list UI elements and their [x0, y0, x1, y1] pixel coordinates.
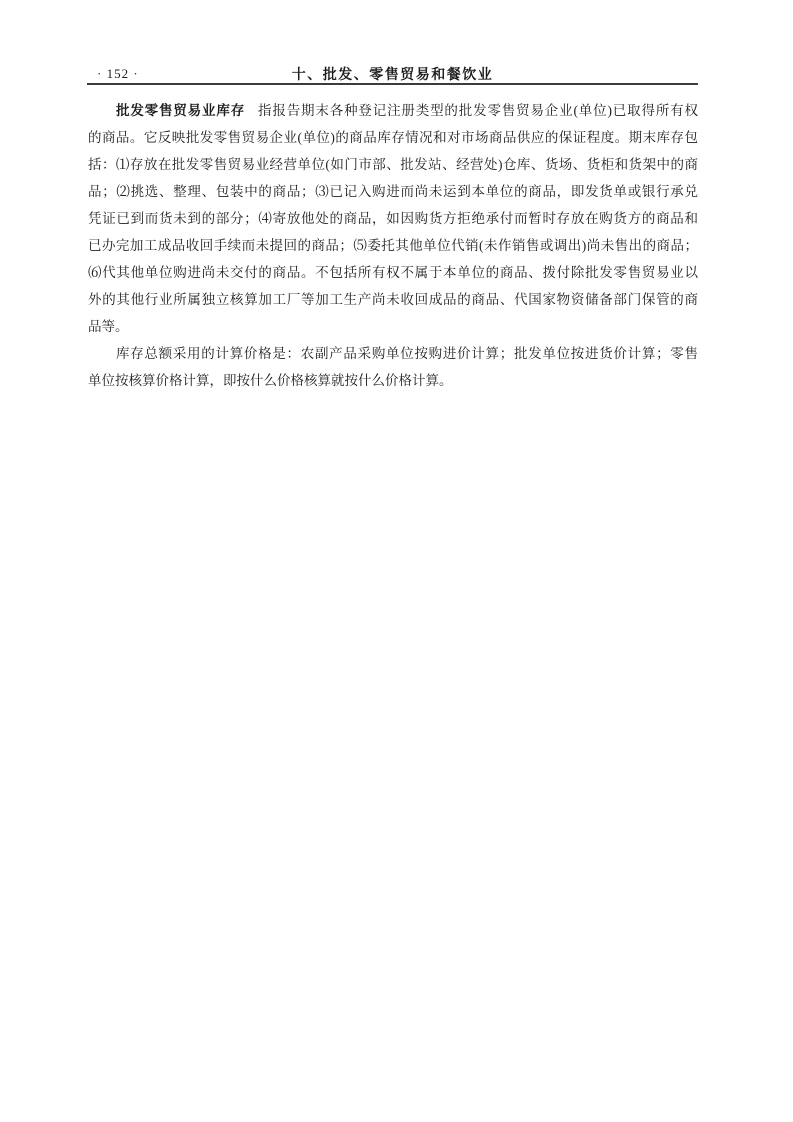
- section-title: 十、批发、零售贸易和餐饮业: [87, 64, 698, 84]
- paragraph-pricing-rule: 库存总额采用的计算价格是：农副产品采购单位按购进价计算；批发单位按进货价计算；零…: [88, 340, 698, 394]
- text-line: 品等。: [88, 313, 698, 340]
- body-text: 批发零售贸易业库存指报告期末各种登记注册类型的批发零售贸易企业(单位)已取得所有…: [88, 97, 698, 394]
- text-line: 括：⑴存放在批发零售贸易业经营单位(如门市部、批发站、经营处)仓库、货场、货柜和…: [88, 151, 698, 178]
- term-heading: 批发零售贸易业库存: [116, 103, 245, 118]
- text-line: 凭证已到而货未到的部分；⑷寄放他处的商品，如因购货方拒绝承付而暂时存放在购货方的…: [88, 205, 698, 232]
- text-line: 已办完加工成品收回手续而未提回的商品；⑸委托其他单位代销(未作销售或调出)尚未售…: [88, 232, 698, 259]
- text-line: 库存总额采用的计算价格是：农副产品采购单位按购进价计算；批发单位按进货价计算；零…: [88, 340, 698, 367]
- running-head: · 152 · 十、批发、零售贸易和餐饮业: [87, 63, 698, 85]
- paragraph-inventory-definition: 批发零售贸易业库存指报告期末各种登记注册类型的批发零售贸易企业(单位)已取得所有…: [88, 97, 698, 340]
- text-line: 批发零售贸易业库存指报告期末各种登记注册类型的批发零售贸易企业(单位)已取得所有…: [88, 97, 698, 124]
- text-line: 品；⑵挑选、整理、包装中的商品；⑶已记入购进而尚未运到本单位的商品，即发货单或银…: [88, 178, 698, 205]
- text-line: 单位按核算价格计算，即按什么价格核算就按什么价格计算。: [88, 367, 698, 394]
- pricing-lines: 单位按核算价格计算，即按什么价格核算就按什么价格计算。: [88, 367, 698, 394]
- document-page: · 152 · 十、批发、零售贸易和餐饮业 批发零售贸易业库存指报告期末各种登记…: [0, 0, 793, 1122]
- text-line: ⑹代其他单位购进尚未交付的商品。不包括所有权不属于本单位的商品、拨付除批发零售贸…: [88, 259, 698, 286]
- text-line: 外的其他行业所属独立核算加工厂等加工生产尚未收回成品的商品、代国家物资储备部门保…: [88, 286, 698, 313]
- definition-lines: 的商品。它反映批发零售贸易企业(单位)的商品库存情况和对市场商品供应的保证程度。…: [88, 124, 698, 340]
- term-definition-start: 指报告期末各种登记注册类型的批发零售贸易企业(单位)已取得所有权: [258, 103, 698, 118]
- text-line: 的商品。它反映批发零售贸易企业(单位)的商品库存情况和对市场商品供应的保证程度。…: [88, 124, 698, 151]
